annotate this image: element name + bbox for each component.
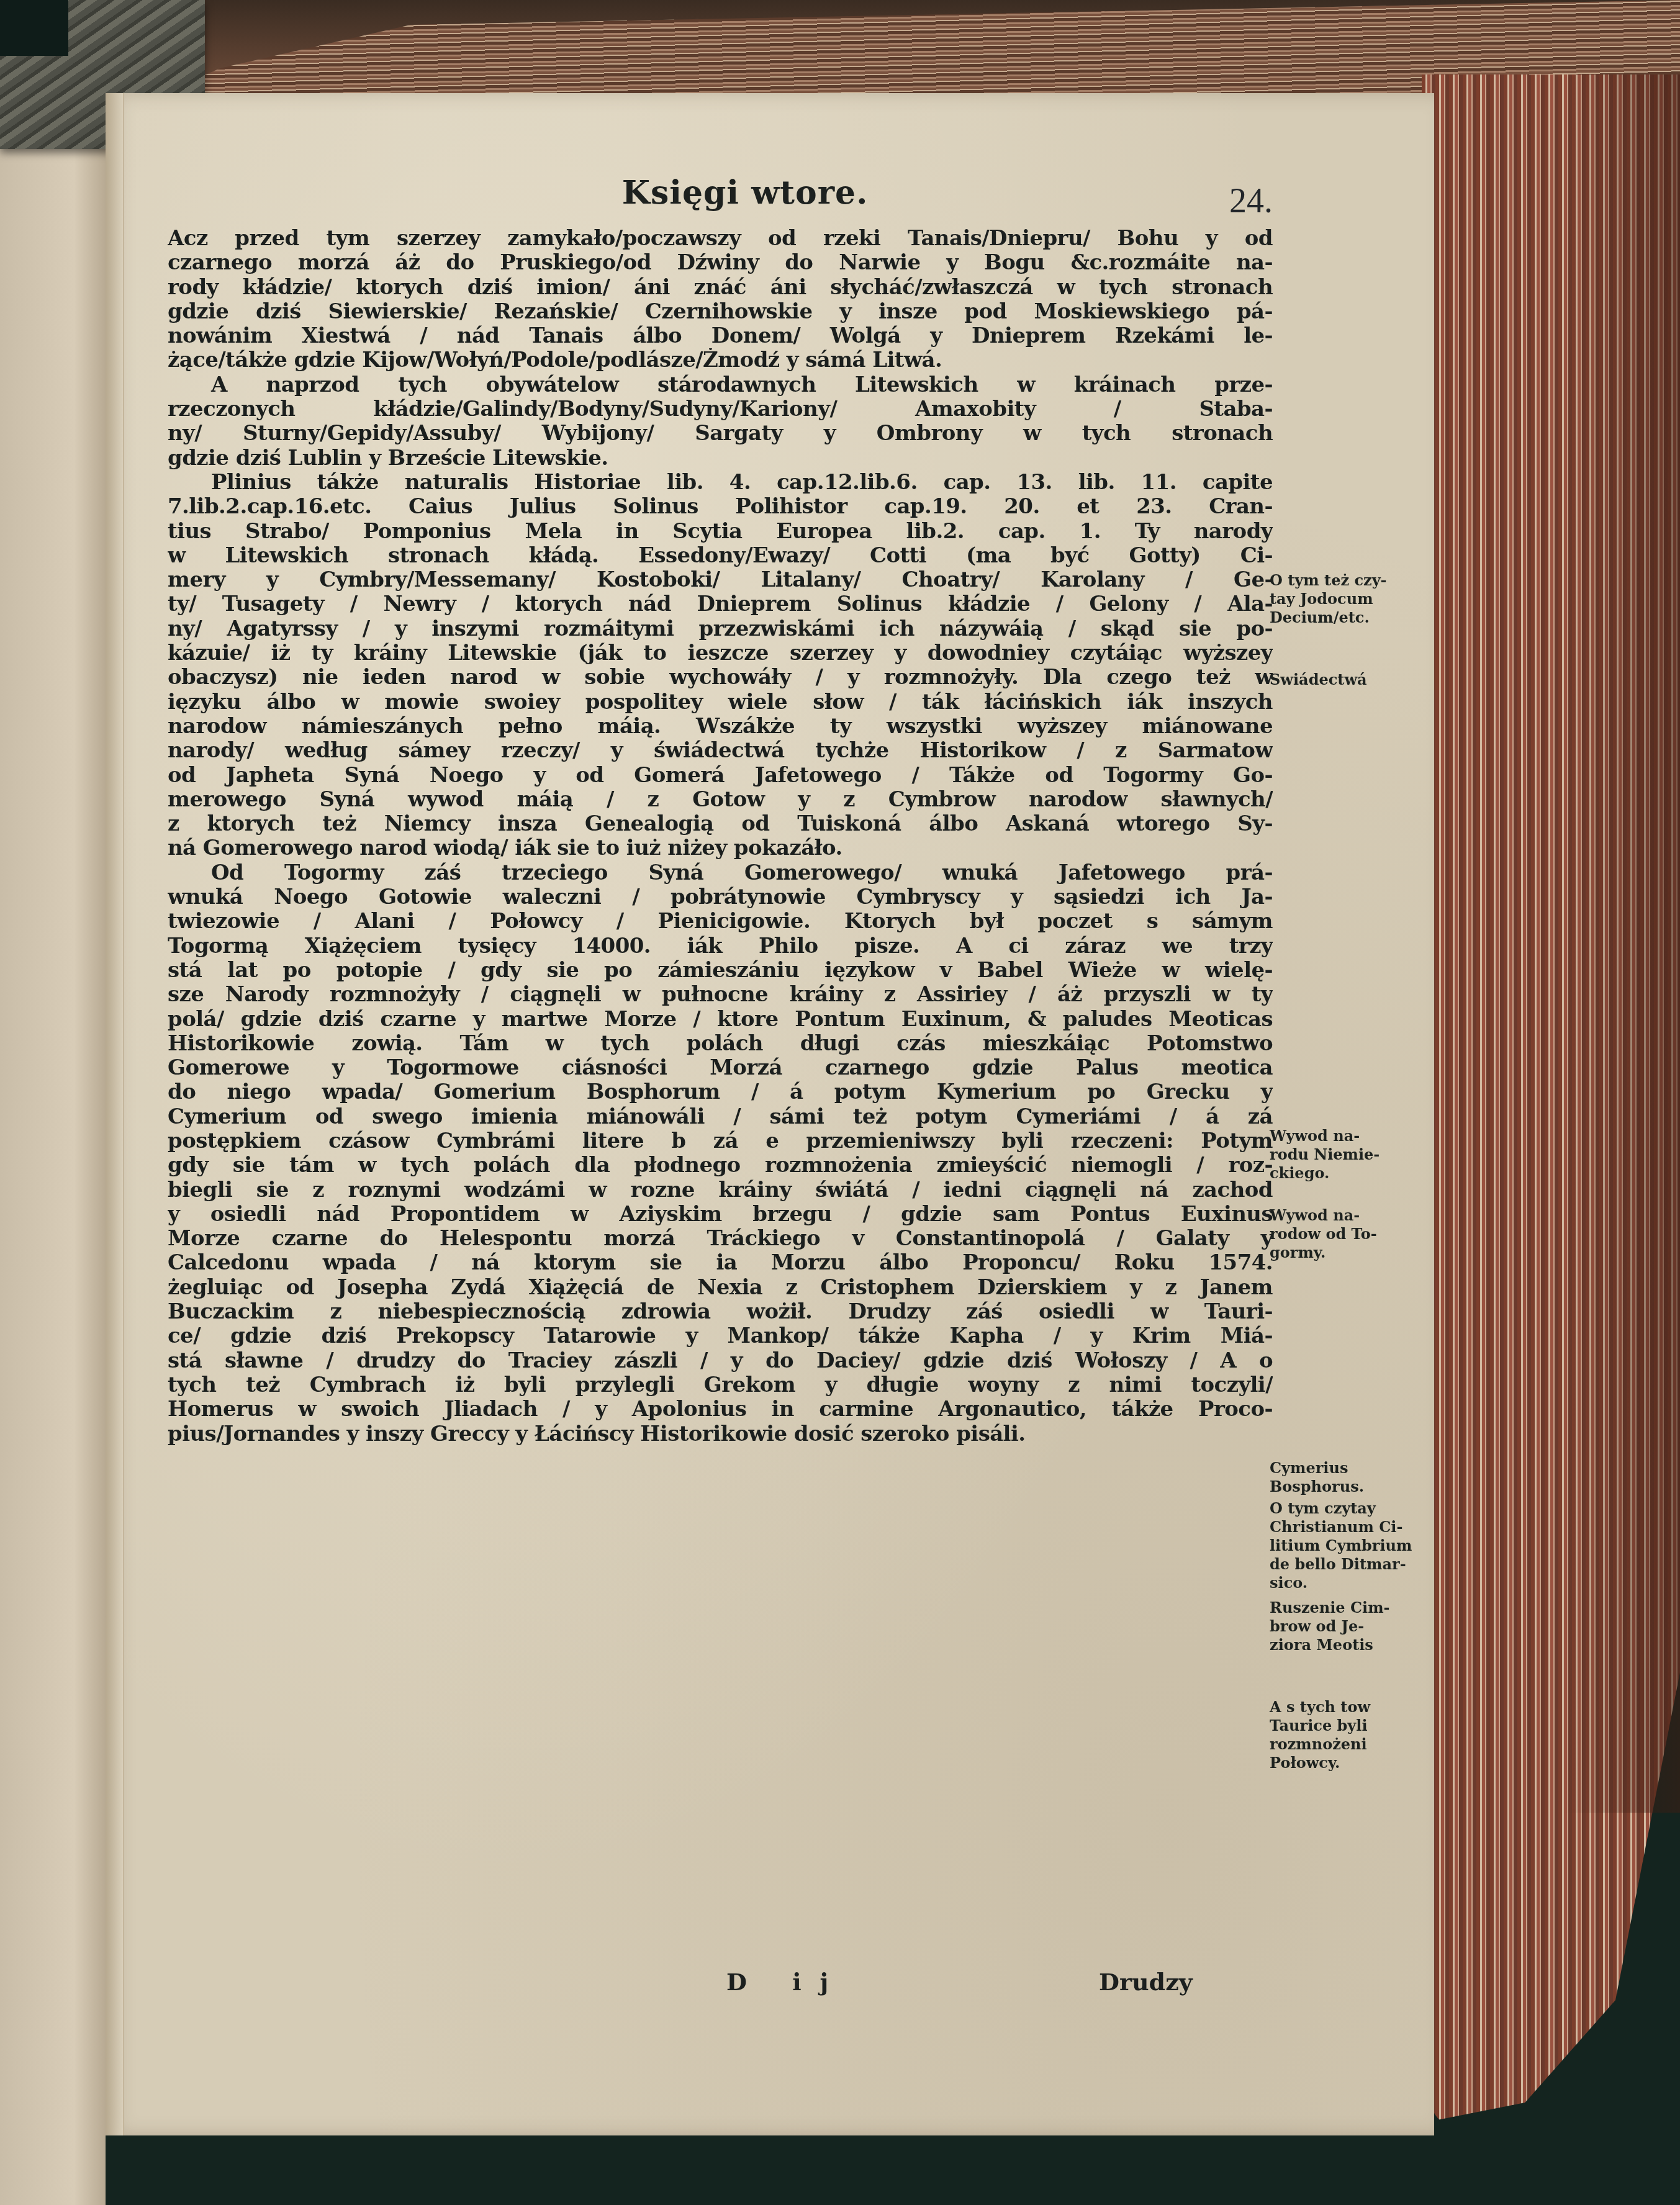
text-line: Calcedonu wpada / ná ktorym sie ia Morzu… <box>168 1251 1273 1275</box>
text-line: stá sławne / drudzy do Traciey zászli / … <box>168 1349 1273 1373</box>
text-line: nowánim Xiestwá / nád Tanais álbo Donem/… <box>168 324 1273 348</box>
text-line: wnuká Noego Gotowie waleczni / pobrátyno… <box>168 885 1273 909</box>
text-line: od Japheta Syná Noego y od Gomerá Jafeto… <box>168 764 1273 788</box>
margin-note: A s tych tow Taurice byli rozmnożeni Poł… <box>1270 1698 1437 1772</box>
text-line: Buczackim z niebespiecznością zdrowia wo… <box>168 1300 1273 1324</box>
text-line: żące/tákże gdzie Kijow/Wołyń/Podole/podl… <box>168 348 1273 372</box>
facing-page-edge <box>0 0 106 2205</box>
text-line: twiezowie / Alani / Połowcy / Pienicigow… <box>168 909 1273 934</box>
margin-note: Ruszenie Cim- brow od Je- ziora Meotis <box>1270 1599 1437 1654</box>
text-line: Togormą Xiążęciem tysięcy 14000. iák Phi… <box>168 934 1273 958</box>
text-line: tych też Cymbrach iż byli przylegli Grek… <box>168 1373 1273 1397</box>
paragraph-start: Plinius tákże naturalis Historiae lib. 4… <box>168 471 1273 495</box>
catchword: Drudzy <box>1099 1968 1193 1996</box>
text-line: z ktorych też Niemcy insza Genealogią od… <box>168 812 1273 836</box>
text-line: pius/Jornandes y inszy Greccy y Łácińscy… <box>168 1422 1273 1446</box>
text-line: żegluiąc od Josepha Zydá Xiążęciá de Nex… <box>168 1276 1273 1300</box>
text-line: ná Gomerowego narod wiodą/ iák sie to iu… <box>168 836 1273 860</box>
margin-note: O tym czytay Christianum Ci- litium Cymb… <box>1270 1499 1437 1592</box>
text-line: 7.lib.2.cap.16.etc. Caius Julius Solinus… <box>168 495 1273 519</box>
text-line: gdy sie tám w tych polách dla płodnego r… <box>168 1153 1273 1178</box>
text-line: ny/ Sturny/Gepidy/Assuby/ Wybijony/ Sarg… <box>168 422 1273 446</box>
text-line: stá lat po potopie / gdy sie po zámieszá… <box>168 958 1273 983</box>
text-line: czarnego morzá áż do Pruskiego/od Dźwiny… <box>168 251 1273 275</box>
text-line: ty/ Tusagety / Newry / ktorych nád Dniep… <box>168 592 1273 616</box>
text-line: do niego wpada/ Gomerium Bosphorum / á p… <box>168 1080 1273 1104</box>
margin-note: Swiádectwá <box>1270 670 1437 689</box>
text-line: rody kłádzie/ ktorych dziś imion/ áni zn… <box>168 276 1273 300</box>
text-line: obaczysz) nie ieden narod w sobie wychow… <box>168 665 1273 690</box>
text-line: w Litewskich stronach kłádą. Essedony/Ew… <box>168 544 1273 568</box>
margin-note: O tym też czy- tay Jodocum Decium/etc. <box>1270 571 1437 627</box>
text-line: gdzie dziś Lublin y Brzeście Litewskie. <box>168 446 1273 471</box>
text-line: Gomerowe y Togormowe ciásności Morzá cza… <box>168 1056 1273 1080</box>
text-line: narody/ według sámey rzeczy/ y świádectw… <box>168 739 1273 763</box>
text-line: merowego Syná wywod máią / z Gotow y z C… <box>168 788 1273 812</box>
signature-mark: D ij <box>726 1968 847 1996</box>
margin-note: Wywod na- rodu Niemie- ckiego. <box>1270 1127 1437 1183</box>
running-head: Księgi wtore. <box>590 174 900 212</box>
text-line: biegli sie z roznymi wodzámi w rozne krá… <box>168 1178 1273 1202</box>
margin-note: Cymerius Bosphorus. <box>1270 1459 1437 1496</box>
margin-note: Wywod na- rodow od To- gormy. <box>1270 1206 1437 1262</box>
text-line: narodow námieszánych pełno máią. Wszákże… <box>168 715 1273 739</box>
gutter-fold <box>106 93 124 2135</box>
text-line: mery y Cymbry/Messemany/ Kostoboki/ Lita… <box>168 568 1273 592</box>
paragraph-start: A naprzod tych obywátelow stárodawnych L… <box>168 373 1273 397</box>
text-line: ce/ gdzie dziś Prekopscy Tatarowie y Man… <box>168 1324 1273 1348</box>
text-line: Cymerium od swego imienia miánowáli / sá… <box>168 1105 1273 1129</box>
text-line: ny/ Agatyrssy / y inszymi rozmáitymi prz… <box>168 617 1273 641</box>
text-line: Morze czarne do Helespontu morzá Tráckie… <box>168 1227 1273 1251</box>
fore-edge-shadow <box>1565 74 1680 1813</box>
text-line: postępkiem czásow Cymbrámi litere b zá e… <box>168 1129 1273 1153</box>
text-line: polá/ gdzie dziś czarne y martwe Morze /… <box>168 1008 1273 1032</box>
folio-number: 24. <box>1229 181 1273 221</box>
text-line: sze Narody rozmnożyły / ciągnęli w pułno… <box>168 983 1273 1007</box>
text-line: kázuie/ iż ty kráiny Litewskie (ják to i… <box>168 641 1273 665</box>
text-line: gdzie dziś Siewierskie/ Rezańskie/ Czern… <box>168 300 1273 324</box>
book-page: Księgi wtore. 24. Acz przed tym szerzey … <box>106 93 1434 2135</box>
text-line: Historikowie zowią. Tám w tych polách dł… <box>168 1032 1273 1056</box>
text-line: Homerus w swoich Jliadach / y Apolonius … <box>168 1397 1273 1422</box>
text-line: ięzyku álbo w mowie swoiey pospolitey wi… <box>168 690 1273 715</box>
paragraph-start: Od Togormy záś trzeciego Syná Gomerowego… <box>168 861 1273 885</box>
text-line: Acz przed tym szerzey zamykało/poczawszy… <box>168 227 1273 251</box>
text-line: y osiedli nád Propontidem w Aziyskim brz… <box>168 1202 1273 1227</box>
text-line: rzeczonych kłádzie/Galindy/Bodyny/Sudyny… <box>168 397 1273 422</box>
background-corner <box>0 0 68 56</box>
main-text-block: Acz przed tym szerzey zamykało/poczawszy… <box>168 227 1273 1446</box>
text-line: tius Strabo/ Pomponius Mela in Scytia Eu… <box>168 520 1273 544</box>
